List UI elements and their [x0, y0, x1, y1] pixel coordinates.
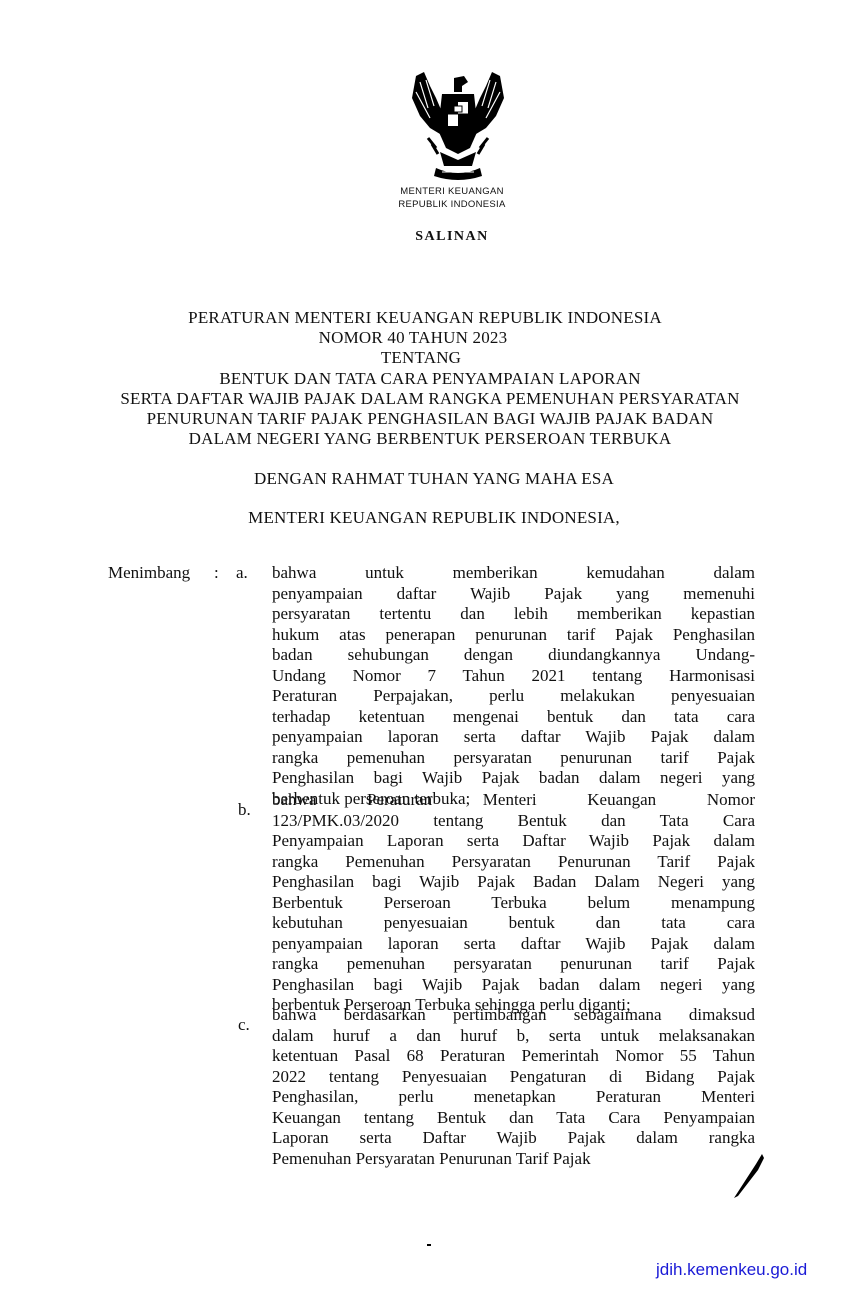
- regulation-subject-line: PENURUNAN TARIF PAJAK PENGHASILAN BAGI W…: [5, 409, 850, 429]
- consideration-line: hukum atas penerapan penurunan tarif Paj…: [272, 625, 755, 646]
- menimbang-separator: :: [214, 563, 219, 583]
- consideration-line: 2022 tentang Penyesuaian Pengaturan di B…: [272, 1067, 755, 1088]
- menimbang-label: Menimbang: [108, 563, 190, 583]
- consideration-line: badan sehubungan dengan diundangkannya U…: [272, 645, 755, 666]
- regulation-title: PERATURAN MENTERI KEUANGAN REPUBLIK INDO…: [0, 308, 850, 328]
- consideration-line: Penghasilan bagi Wajib Pajak badan dalam…: [272, 768, 755, 789]
- salinan-stamp: SALINAN: [27, 229, 850, 245]
- regulation-tentang: TENTANG: [0, 348, 846, 368]
- institution-line-1: MENTERI KEUANGAN: [27, 186, 850, 198]
- garuda-emblem-icon: [402, 68, 514, 186]
- invocation: DENGAN RAHMAT TUHAN YANG MAHA ESA: [9, 469, 850, 489]
- page-dot-mark: [427, 1244, 431, 1246]
- consideration-line: kebutuhan penyesuaian bentuk dan tata ca…: [272, 913, 755, 934]
- paraf-signature-icon: [730, 1150, 770, 1202]
- regulation-subject-line: BENTUK DAN TATA CARA PENYAMPAIAN LAPORAN: [5, 369, 850, 389]
- jdih-link[interactable]: jdih.kemenkeu.go.id: [656, 1260, 807, 1280]
- consideration-line: penyampaian laporan serta daftar Wajib P…: [272, 934, 755, 955]
- consideration-line: Pemenuhan Persyaratan Penurunan Tarif Pa…: [272, 1149, 755, 1170]
- consideration-line: persyaratan tertentu dan lebih memberika…: [272, 604, 755, 625]
- institution-line-2: REPUBLIK INDONESIA: [27, 199, 850, 211]
- consideration-line: Penghasilan bagi Wajib Pajak Badan Dalam…: [272, 872, 755, 893]
- consideration-line: Penyampaian Laporan serta Daftar Wajib P…: [272, 831, 755, 852]
- consideration-line: rangka Pemenuhan Persyaratan Penurunan T…: [272, 852, 755, 873]
- item-marker-a: a.: [236, 563, 248, 583]
- consideration-line: Undang Nomor 7 Tahun 2021 tentang Harmon…: [272, 666, 755, 687]
- regulation-number: NOMOR 40 TAHUN 2023: [0, 328, 838, 348]
- consideration-line: rangka pemenuhan persyaratan penurunan t…: [272, 748, 755, 769]
- consideration-line: dalam huruf a dan huruf b, serta untuk m…: [272, 1026, 755, 1047]
- consideration-line: ketentuan Pasal 68 Peraturan Pemerintah …: [272, 1046, 755, 1067]
- consideration-line: Penghasilan, perlu menetapkan Peraturan …: [272, 1087, 755, 1108]
- consideration-line: penyampaian daftar Wajib Pajak yang meme…: [272, 584, 755, 605]
- consideration-line: 123/PMK.03/2020 tentang Bentuk dan Tata …: [272, 811, 755, 832]
- consideration-line: bahwa berdasarkan pertimbangan sebagaima…: [272, 1005, 755, 1026]
- regulation-subject-line: DALAM NEGERI YANG BERBENTUK PERSEROAN TE…: [5, 429, 850, 449]
- item-marker-c: c.: [238, 1015, 250, 1035]
- item-marker-b: b.: [238, 800, 251, 820]
- consideration-line: rangka pemenuhan persyaratan penurunan t…: [272, 954, 755, 975]
- consideration-line: bahwa untuk memberikan kemudahan dalam: [272, 563, 755, 584]
- consideration-line: Penghasilan bagi Wajib Pajak badan dalam…: [272, 975, 755, 996]
- consideration-line: penyampaian laporan serta daftar Wajib P…: [272, 727, 755, 748]
- regulation-subject-line: SERTA DAFTAR WAJIB PAJAK DALAM RANGKA PE…: [5, 389, 850, 409]
- consideration-line: Keuangan tentang Bentuk dan Tata Cara Pe…: [272, 1108, 755, 1129]
- consideration-line: Berbentuk Perseroan Terbuka belum menamp…: [272, 893, 755, 914]
- consideration-line: Peraturan Perpajakan, perlu melakukan pe…: [272, 686, 755, 707]
- consideration-line: Laporan serta Daftar Wajib Pajak dalam r…: [272, 1128, 755, 1149]
- consideration-line: terhadap ketentuan mengenai bentuk dan t…: [272, 707, 755, 728]
- consideration-line: bahwa Peraturan Menteri Keuangan Nomor: [272, 790, 755, 811]
- issuing-authority: MENTERI KEUANGAN REPUBLIK INDONESIA,: [9, 508, 850, 528]
